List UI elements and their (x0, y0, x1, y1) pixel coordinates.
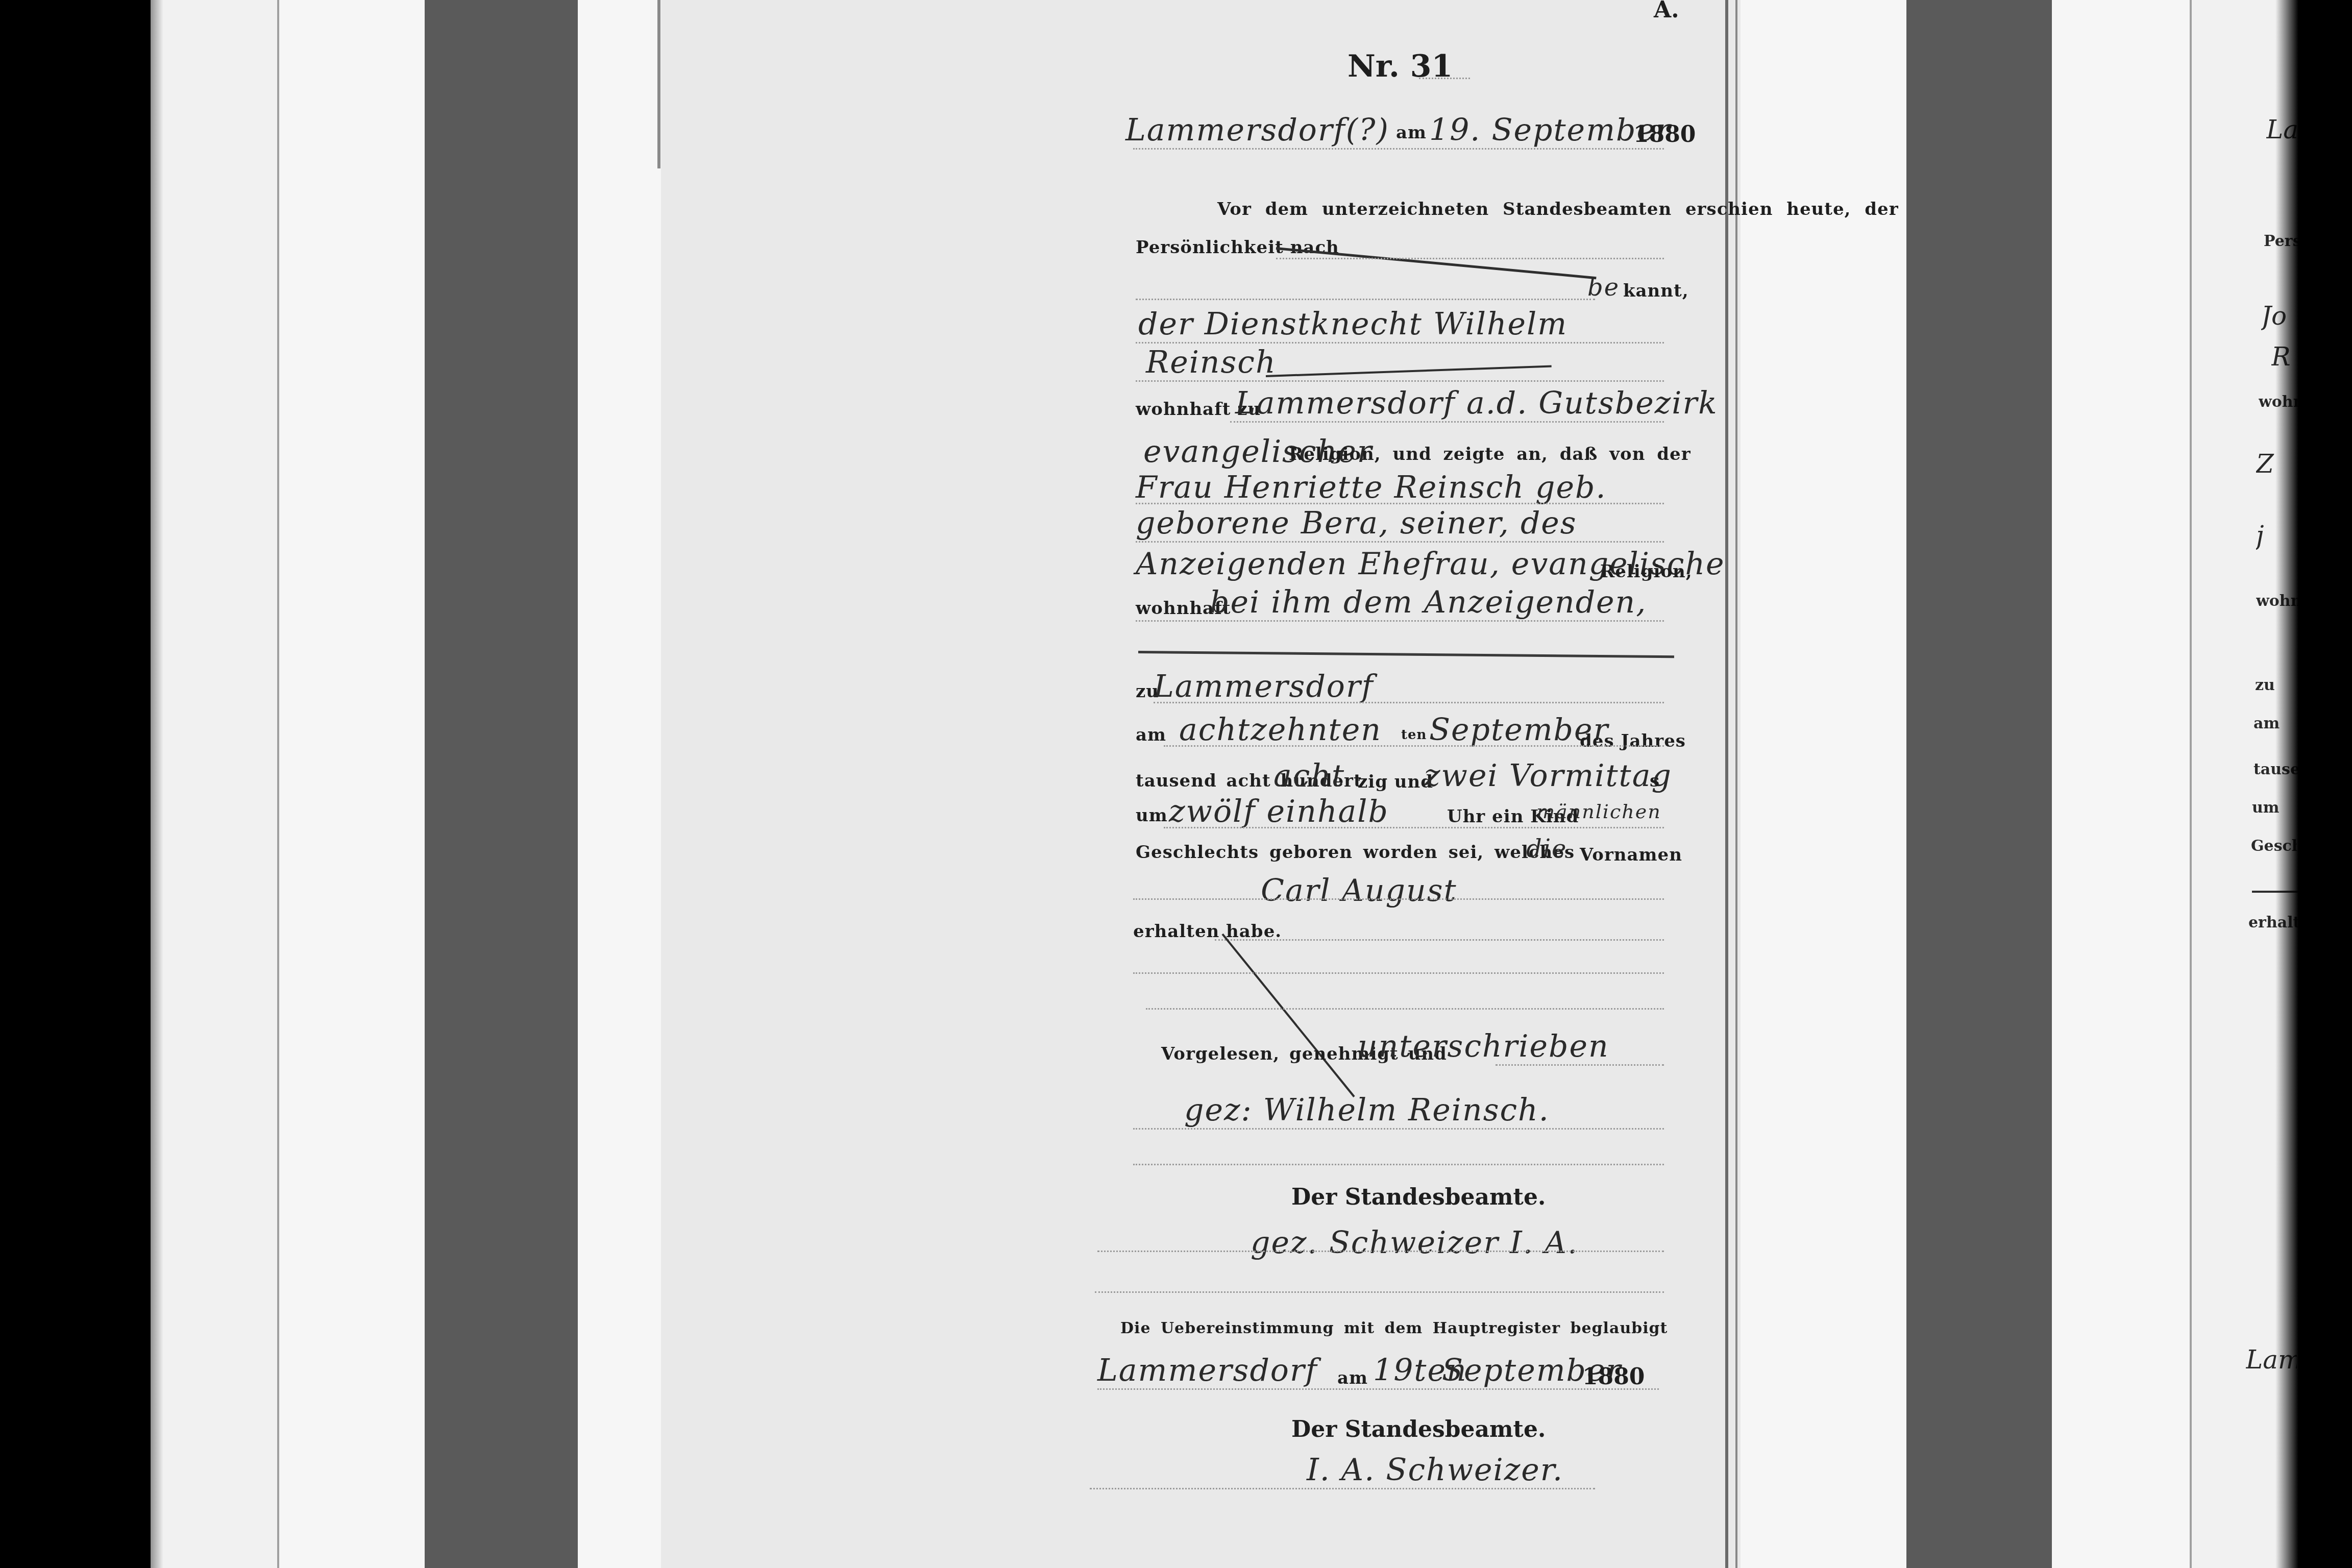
dotted-line (1095, 1291, 1664, 1293)
persoenlichkeit-label: Persönlichkeit nach (1136, 237, 1339, 258)
birth-day: achtzehnten (1179, 712, 1382, 748)
unterschrieben-hand: unterschrieben (1358, 1028, 1609, 1064)
cert-place: Lammersdorf (1097, 1353, 1318, 1388)
intro-text: Vor dem unterzeichneten Standesbeamten e… (1217, 199, 1899, 219)
date-dotted-line (1133, 148, 1664, 150)
dotted-line (1215, 939, 1664, 941)
page-border-outer (1735, 0, 1737, 1568)
dotted-line (1136, 503, 1664, 504)
dotted-line (1136, 380, 1664, 382)
place-handwritten: Lammersdorf(?) (1125, 112, 1389, 148)
film-strip-light-2 (279, 0, 425, 1568)
dotted-line (1164, 745, 1664, 747)
dotted-line (1136, 620, 1664, 622)
bekannt-hand: be (1587, 273, 1620, 302)
year-hand-1: acht (1273, 758, 1345, 794)
mother-religion-print: Religion, (1600, 561, 1693, 582)
birth-place: Lammersdorf (1154, 669, 1374, 704)
dotted-line (1136, 541, 1664, 543)
registrar-signature: gez. Schweizer I. A. (1251, 1225, 1578, 1261)
geschlechts-text: Geschlechts geboren worden sei, welches (1136, 842, 1575, 863)
film-strip-dark-left (425, 0, 578, 1568)
dotted-line (1276, 258, 1664, 259)
film-strip-light-3 (578, 0, 661, 1568)
des-jahres: des Jahres (1580, 731, 1686, 751)
religion-print: Religion, und zeigte an, daß von der (1289, 444, 1691, 464)
final-registrar-signature: I. A. Schweizer. (1307, 1452, 1563, 1488)
informant-line-2: Reinsch (1146, 345, 1277, 380)
page-left-edge (657, 0, 660, 168)
dotted-line (1230, 421, 1664, 423)
film-strip-light-4 (1741, 0, 1906, 1568)
die-hand: die (1526, 835, 1567, 863)
dotted-line (1133, 1164, 1664, 1165)
dotted-line (1097, 1251, 1664, 1252)
cert-year: 1880 (1582, 1364, 1645, 1390)
child-name: Carl August (1261, 873, 1457, 909)
bekannt-print: kannt, (1623, 281, 1689, 301)
year-hand-2: zwei Vormittag (1424, 758, 1672, 794)
dotted-line (1496, 1064, 1664, 1066)
number-dotted-line (1419, 78, 1470, 79)
mother-line-1: Frau Henriette Reinsch geb. (1136, 470, 1606, 505)
film-edge-left (0, 0, 163, 1568)
mother-line-2: geborene Bera, seiner, des (1136, 505, 1577, 541)
birth-time: zwölf einhalb (1169, 794, 1389, 829)
day-suffix: ten (1401, 727, 1427, 743)
vornamen-label: Vornamen (1580, 845, 1682, 865)
informant-line-1: der Dienstknecht Wilhelm (1138, 306, 1567, 342)
corner-mark: A. (1654, 0, 1679, 23)
erhalten-label: erhalten habe. (1133, 921, 1282, 942)
um-label: um (1136, 805, 1168, 826)
film-strip-light-1 (151, 0, 278, 1568)
dotted-line (1133, 898, 1664, 900)
film-strip-dark-right (1906, 0, 2052, 1568)
year: 1880 (1633, 121, 1696, 148)
dotted-line (1090, 1488, 1595, 1489)
mother-line-4: bei ihm dem Anzeigenden, (1210, 584, 1647, 620)
page-border-inner (1725, 0, 1728, 1568)
dotted-line (1154, 702, 1664, 703)
dotted-line (1164, 827, 1664, 828)
final-registrar-title: Der Standesbeamte. (1291, 1416, 1546, 1442)
dotted-line (1133, 972, 1664, 974)
film-edge-right (2275, 0, 2352, 1568)
child-sex: männlichen (1536, 800, 1661, 823)
residence-value: Lammersdorf a.d. Gutsbezirk (1235, 385, 1718, 421)
dotted-line (1136, 342, 1664, 344)
certification-text: Die Uebereinstimmung mit dem Hauptregist… (1120, 1319, 1668, 1337)
year-suffix: s (1650, 771, 1660, 791)
dotted-line (1136, 299, 1595, 300)
registrar-title: Der Standesbeamte. (1291, 1184, 1546, 1210)
film-strip-light-5 (2052, 0, 2190, 1568)
dotted-line (1097, 1388, 1659, 1390)
cert-am: am (1337, 1368, 1368, 1388)
year-print: zig und (1358, 772, 1433, 792)
dotted-line (1133, 1128, 1664, 1130)
dotted-line (1146, 1008, 1664, 1010)
am-label: am (1396, 122, 1427, 143)
am-label-2: am (1136, 725, 1166, 745)
informant-signature: gez: Wilhelm Reinsch. (1184, 1092, 1550, 1128)
